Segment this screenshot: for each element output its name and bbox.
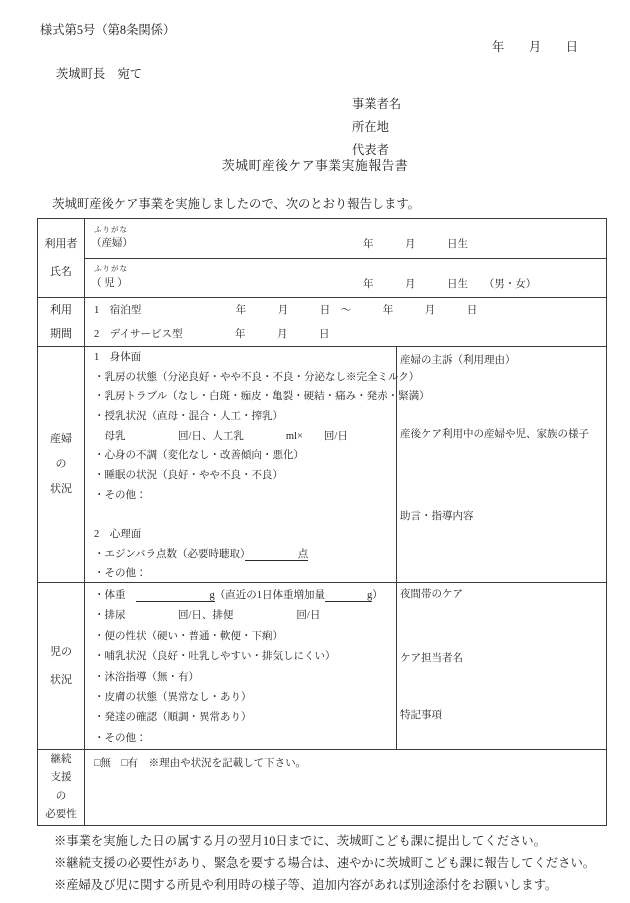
label-line: 期間 (50, 322, 72, 346)
fill-in-blank: g (325, 590, 372, 602)
text-part: ・エジンバラ点数（必要時聴取） (94, 549, 245, 560)
row-label-user-name: 利用者氏名 (38, 219, 84, 297)
child-status-line: ・沐浴指導（無・有） (94, 668, 394, 688)
furigana-label-mother: ふりがな (94, 224, 128, 235)
label-line: 児の (50, 638, 72, 666)
mother-status-line: ・授乳状況（直母・混合・人工・搾乳） (94, 407, 394, 427)
fill-in-blank: 点 (245, 549, 308, 561)
child-status-line: ・便の性状（硬い・普通・軟便・下痢） (94, 627, 394, 647)
label-line: 支援 (51, 769, 72, 788)
report-form-page: 様式第5号（第8条関係） 年 月 日 茨城町長 宛て 事業者名 所在地 代表者 … (0, 0, 630, 903)
child-birthdate-field: 年 月 日生 （男・女） (363, 276, 536, 291)
footer-note-line: ※産婦及び児に関する所見や利用時の様子等、追加内容があれば別途添付をお願いします… (54, 874, 595, 896)
location-label: 所在地 (352, 117, 389, 135)
right-col-care-staff: ケア担当者名 (400, 650, 606, 665)
report-date: 年 月 日 (492, 37, 578, 55)
label-line: の (56, 788, 67, 807)
table-border-line (84, 258, 606, 259)
right-col-mother-complaint: 産婦の主訴（利用理由） (400, 352, 606, 367)
mother-status-line: ・その他： (94, 486, 394, 506)
mother-status-line: 母乳 回/日、人工乳 ml× 回/日 (94, 427, 394, 447)
child-status-line: ・発達の確認（順調・異常あり） (94, 708, 394, 728)
label-line: 氏名 (50, 258, 72, 286)
child-status-line: ・体重 g（直近の1日体重増加量 g） (94, 586, 394, 606)
right-col-family-condition: 産後ケア利用中の産婦や児、家族の様子 (400, 426, 606, 441)
table-border-line (84, 219, 85, 825)
mother-status-line: 2 心理面 (94, 525, 394, 545)
mother-status-content: 1 身体面・乳房の状態（分泌良好・やや不良・不良・分泌なし※完全ミルク）・乳房ト… (94, 348, 394, 584)
table-border-line (38, 297, 606, 298)
footer-note-line: ※継続支援の必要性があり、緊急を要する場合は、速やかに茨城町こども課に報告してく… (54, 852, 595, 874)
mother-status-line: 1 身体面 (94, 348, 394, 368)
row-label-child-status: 児の状況 (38, 582, 84, 749)
intro-text: 茨城町産後ケア事業を実施しましたので、次のとおり報告します。 (40, 194, 420, 212)
form-title: 茨城町産後ケア事業実施報告書 (0, 155, 630, 174)
mother-status-line: ・睡眠の状況（良好・やや不良・不良） (94, 466, 394, 486)
table-border-line (396, 346, 397, 749)
right-col-special-notes: 特記事項 (400, 707, 606, 722)
mother-status-line: ・乳房トラブル（なし・白斑・痂皮・亀裂・硬結・痛み・発赤・緊満） (94, 387, 394, 407)
child-name-field: （ 児 ） (91, 275, 128, 290)
child-status-line: ・その他： (94, 729, 394, 749)
table-border-line (38, 749, 606, 750)
report-table: 利用者氏名 利用期間 産婦の状況 児の状況 継続支援の必要性 ふりがな （産婦）… (37, 218, 607, 826)
label-line: 利用者 (45, 230, 78, 258)
label-line: 産婦 (50, 427, 72, 452)
text-part: （直近の1日体重増加量 (215, 590, 325, 601)
label-line: 状況 (50, 477, 72, 502)
mother-status-line (94, 505, 394, 525)
addressee: 茨城町長 宛て (56, 64, 142, 82)
label-line: 利用 (50, 298, 72, 322)
text-part: ・体重 (94, 590, 136, 601)
mother-name-field: （産婦） (91, 235, 133, 250)
fill-in-blank: g (136, 590, 215, 602)
label-line: 状況 (50, 666, 72, 694)
label-line: の (56, 452, 67, 477)
business-name-label: 事業者名 (352, 94, 401, 112)
text-part: ） (372, 590, 383, 601)
form-number: 様式第5号（第8条関係） (40, 20, 175, 38)
right-col-advice: 助言・指導内容 (400, 508, 606, 523)
child-status-line: ・皮膚の状態（異常なし・あり） (94, 688, 394, 708)
child-status-content: ・体重 g（直近の1日体重増加量 g）・排尿 回/日、排便 回/日・便の性状（硬… (94, 586, 394, 749)
row-label-continued-support: 継続支援の必要性 (38, 749, 84, 826)
row-label-use-period: 利用期間 (38, 297, 84, 346)
mother-status-line: ・心身の不調（変化なし・改善傾向・悪化） (94, 446, 394, 466)
mother-status-line: ・その他： (94, 564, 394, 584)
continued-support-checkboxes: □無 □有 ※理由や状況を記載して下さい。 (94, 755, 306, 770)
footer-note-line: ※事業を実施した日の属する月の翌月10日までに、茨城町こども課に提出してください… (54, 830, 595, 852)
use-period-content: 1 宿泊型 年 月 日 ～ 年 月 日2 デイサービス型 年 月 日 (94, 299, 594, 347)
use-period-line: 2 デイサービス型 年 月 日 (94, 323, 594, 347)
mother-birthdate-field: 年 月 日生 (363, 236, 468, 251)
row-label-mother-status: 産婦の状況 (38, 346, 84, 582)
child-status-line: ・排尿 回/日、排便 回/日 (94, 606, 394, 626)
label-line: 継続 (51, 751, 72, 770)
footer-notes: ※事業を実施した日の属する月の翌月10日までに、茨城町こども課に提出してください… (54, 830, 595, 896)
mother-status-line: ・エジンバラ点数（必要時聴取） 点 (94, 545, 394, 565)
child-status-line: ・哺乳状況（良好・吐乳しやすい・排気しにくい） (94, 647, 394, 667)
furigana-label-child: ふりがな (94, 263, 128, 274)
mother-status-line: ・乳房の状態（分泌良好・やや不良・不良・分泌なし※完全ミルク） (94, 368, 394, 388)
use-period-line: 1 宿泊型 年 月 日 ～ 年 月 日 (94, 299, 594, 323)
label-line: 必要性 (45, 806, 77, 825)
right-col-night-care: 夜間帯のケア (400, 586, 606, 601)
